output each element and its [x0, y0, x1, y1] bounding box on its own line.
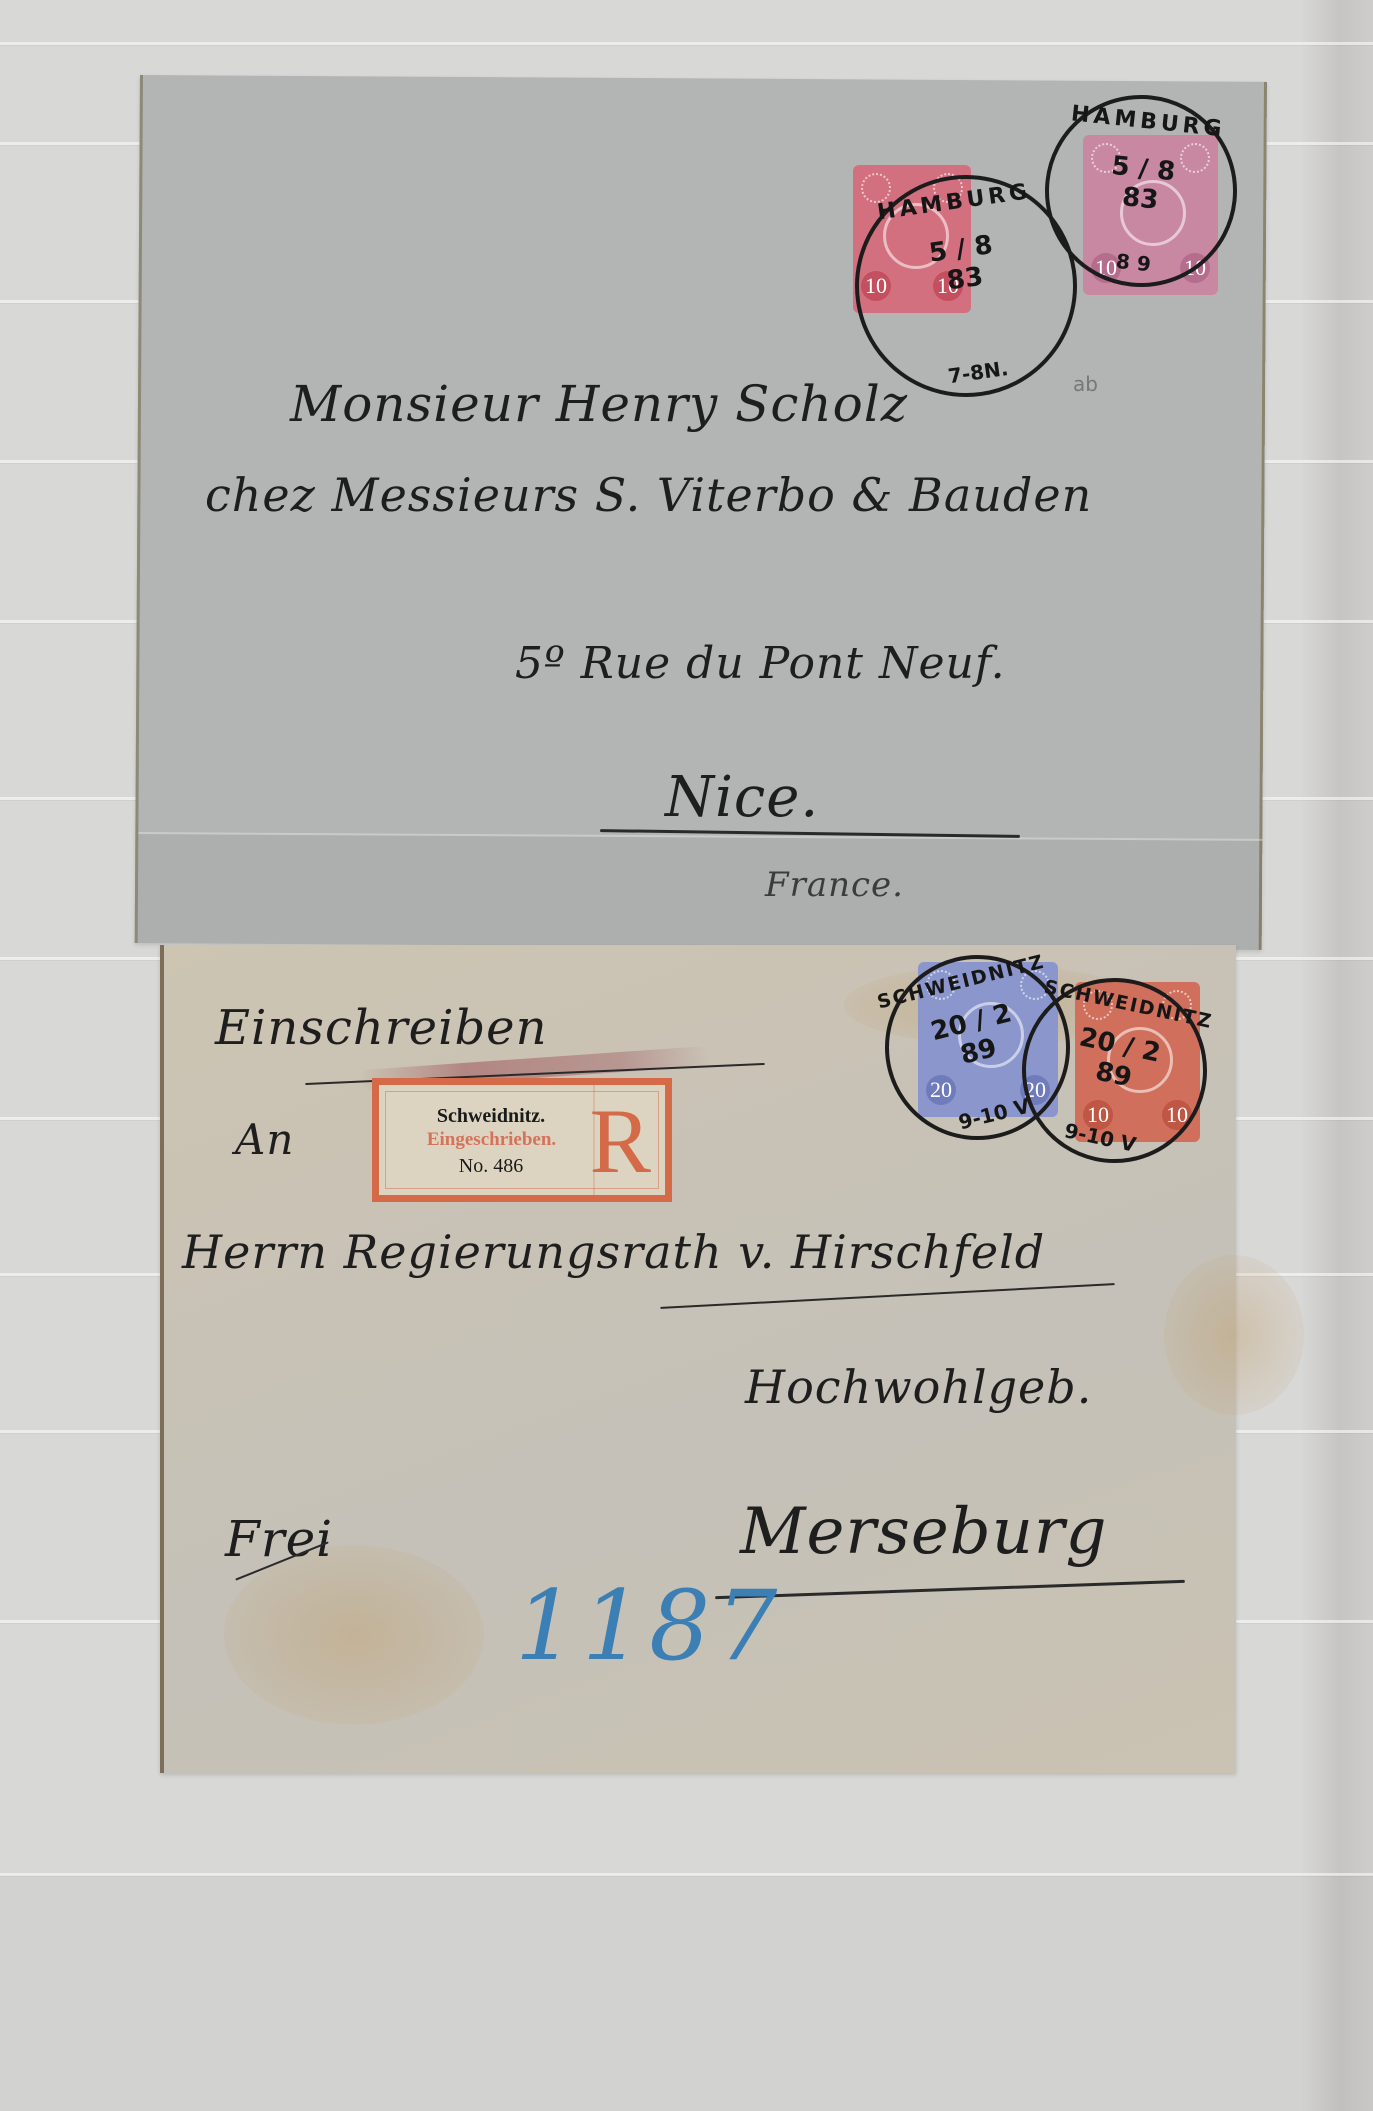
- label-eingeschrieben: Eingeschrieben.: [389, 1129, 594, 1151]
- handwriting-an: An: [235, 1115, 294, 1164]
- age-stain: [1164, 1255, 1304, 1415]
- handwriting-frei: Frei: [225, 1510, 333, 1568]
- pencil-note: ab: [1073, 372, 1098, 396]
- address-line-city: Nice.: [665, 765, 819, 830]
- stockbook-strip-line: [0, 42, 1373, 45]
- address-line-recipient: Monsieur Henry Scholz: [290, 375, 908, 433]
- stockbook-pocket-strip: [138, 832, 1263, 950]
- address-line-care-of: chez Messieurs S. Viterbo & Bauden: [205, 468, 1092, 522]
- postmark-hamburg-2: HAMBURG 5 / 8 83 8 9: [1035, 85, 1246, 296]
- handwriting-hochwohlgeb: Hochwohlgeb.: [745, 1360, 1092, 1414]
- stockbook-strip: [0, 1875, 1373, 2111]
- handwriting-recipient: Herrn Regierungsrath v. Hirschfeld: [182, 1225, 1045, 1279]
- address-line-street: 5º Rue du Pont Neuf.: [515, 638, 1006, 689]
- registered-r-icon: R: [590, 1091, 651, 1191]
- label-city: Schweidnitz.: [401, 1105, 581, 1128]
- blue-pencil-number: 1187: [515, 1570, 783, 1682]
- handwriting-einschreiben: Einschreiben: [215, 1000, 547, 1056]
- registration-label: Schweidnitz. Eingeschrieben. No. 486 R: [372, 1078, 672, 1202]
- age-stain: [224, 1545, 484, 1725]
- label-number: No. 486: [401, 1155, 581, 1178]
- postmark-date: 5 / 8 83: [1047, 145, 1236, 224]
- address-line-country: France.: [765, 865, 904, 905]
- handwriting-city-merseburg: Merseburg: [740, 1495, 1107, 1569]
